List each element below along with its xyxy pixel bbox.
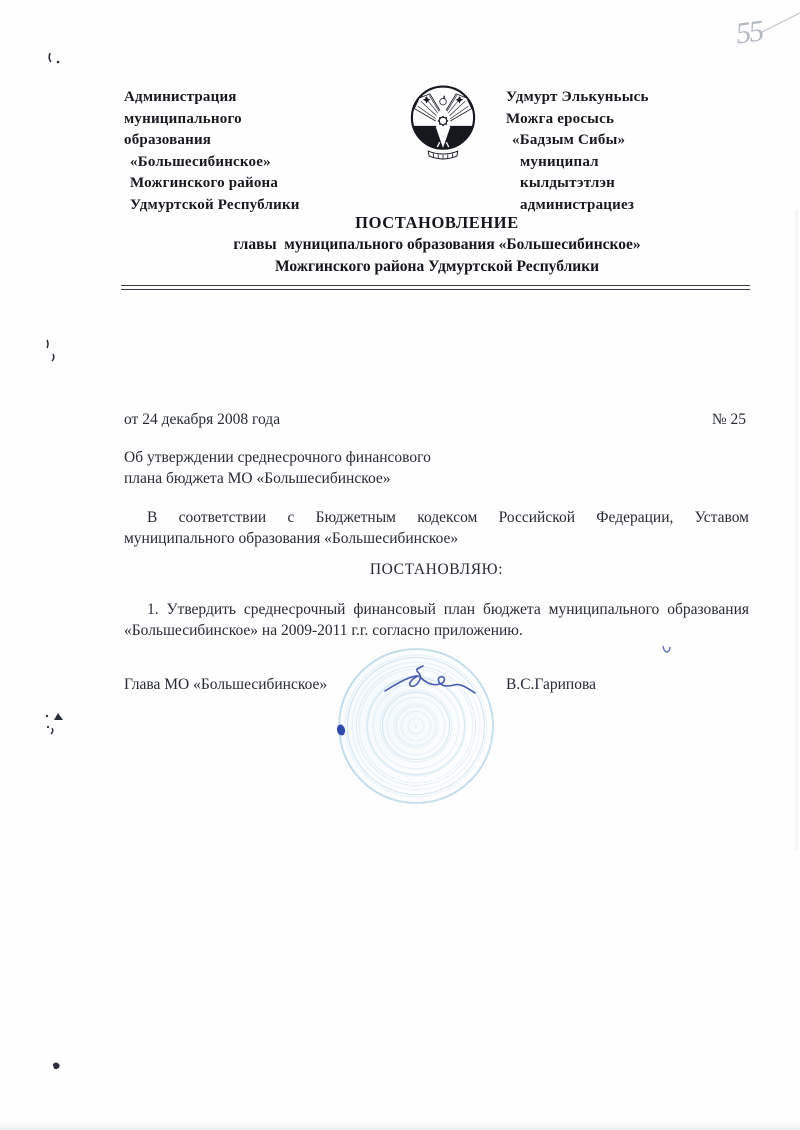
issuer-line: муниципального [124, 109, 300, 131]
resolution-item-1: 1. Утвердить среднесрочный финансовый пл… [124, 600, 749, 641]
scanned-decree-page: 55 Администрация муниципального образова… [0, 0, 800, 1130]
title-main: ПОСТАНОВЛЕНИЕ [124, 212, 750, 234]
title-sub-line: главы муниципального образования «Больше… [124, 234, 750, 256]
scan-edge-shadow [0, 1122, 800, 1130]
subject-line: Об утверждении среднесрочного финансовог… [124, 448, 431, 469]
date-number-row: от 24 декабря 2008 года № 25 [124, 411, 746, 429]
document-title: ПОСТАНОВЛЕНИЕ главы муниципального образ… [124, 212, 750, 277]
scan-edge-shadow [794, 210, 798, 850]
subject-block: Об утверждении среднесрочного финансовог… [124, 448, 431, 489]
document-number: № 25 [712, 411, 746, 429]
issuer-block-russian: Администрация муниципального образования… [124, 87, 300, 216]
ink-mark [46, 53, 63, 1069]
intro-line: В соответствии с Бюджетным кодексом Росс… [124, 508, 749, 529]
issuer-line: Можгинского района [124, 173, 300, 195]
handwritten-page-number: 55 [734, 15, 764, 52]
issuer-line: муниципал [506, 152, 649, 174]
issuer-line: Можга еросысь [506, 109, 649, 131]
title-sub-line: Можгинского района Удмуртской Республики [124, 256, 750, 278]
date-line: от 24 декабря 2008 года [124, 411, 280, 429]
item-line: 1. Утвердить среднесрочный финансовый пл… [124, 600, 749, 621]
double-rule [121, 285, 750, 290]
subject-line: плана бюджета МО «Большесибинское» [124, 469, 431, 490]
pencil-stroke [762, 13, 800, 32]
issuer-block-udmurt: Удмурт Элькуньысь Можга еросысь «Бадзым … [506, 87, 649, 216]
stamp-ring [396, 706, 436, 746]
issuer-line: Администрация [124, 87, 300, 109]
udmurtia-coat-of-arms-icon [402, 80, 484, 175]
issuer-line: образования [124, 130, 300, 152]
handwritten-signature [383, 663, 487, 703]
issuer-line: «Большесибинское» [124, 152, 300, 174]
emblem-svg [402, 80, 484, 170]
item-line: «Большесибинское» на 2009-2011 г.г. согл… [124, 621, 749, 642]
blue-pen-tick [663, 646, 670, 652]
issuer-line: кылдытэтлэн [506, 173, 649, 195]
signer-name: В.С.Гарипова [506, 676, 596, 694]
intro-paragraph: В соответствии с Бюджетным кодексом Росс… [124, 508, 749, 549]
intro-line: муниципального образования «Большесибинс… [124, 529, 749, 550]
signer-role: Глава МО «Большесибинское» [124, 676, 327, 694]
issuer-line: Удмурт Элькуньысь [506, 87, 649, 109]
issuer-line: «Бадзым Сибы» [506, 130, 649, 152]
resolution-heading: ПОСТАНОВЛЯЮ: [124, 561, 749, 579]
